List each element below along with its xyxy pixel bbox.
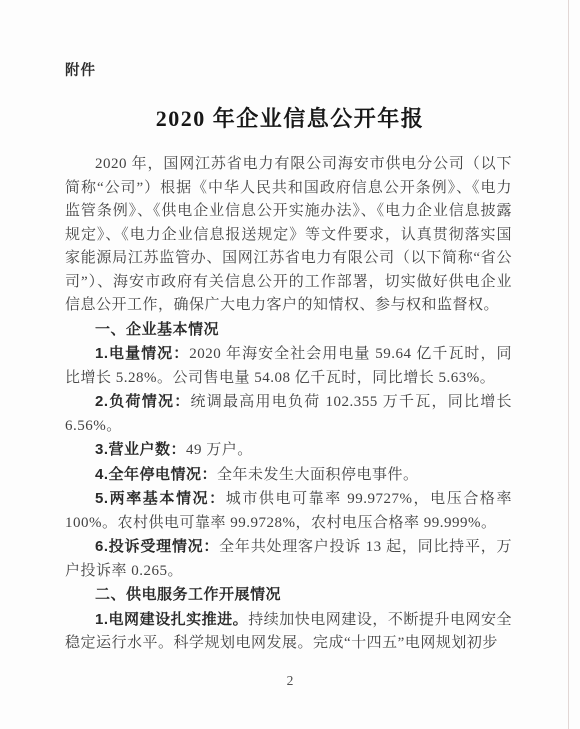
paragraph-lead-text: 5.两率基本情况：: [95, 490, 226, 507]
page-number: 2: [0, 673, 580, 689]
document-page: 附件 2020 年企业信息公开年报 2020 年，国网江苏省电力有限公司海安市供…: [0, 0, 580, 729]
paragraph: 6.投诉受理情况：全年共处理客户投诉 13 起，同比持平，万户投诉率 0.265…: [65, 535, 512, 583]
paragraph: 2.负荷情况：统调最高用电负荷 102.355 万千瓦，同比增长 6.56%。: [65, 390, 512, 438]
paragraph-text: 2020 年，国网江苏省电力有限公司海安市供电分公司（以下简称“公司”）根据《中…: [65, 156, 512, 313]
paragraph-lead-text: 3.营业户数：: [95, 441, 186, 458]
paragraph: 4.全年停电情况：全年未发生大面积停电事件。: [65, 463, 512, 488]
section-heading: 一、企业基本情况: [65, 318, 512, 343]
paragraph: 3.营业户数：49 万户。: [65, 438, 512, 463]
document-title: 2020 年企业信息公开年报: [0, 102, 580, 133]
paragraph: 1.电量情况：2020 年海安全社会用电量 59.64 亿千瓦时，同比增长 5.…: [65, 342, 512, 390]
paragraph-lead-text: 1.电网建设扎实推进。: [95, 611, 248, 628]
attachment-label: 附件: [65, 59, 96, 80]
paragraph: 1.电网建设扎实推进。持续加快电网建设，不断提升电网安全稳定运行水平。科学规划电…: [65, 608, 512, 656]
paragraph-lead-text: 2.负荷情况：: [95, 393, 191, 410]
paragraph-lead-text: 1.电量情况：: [95, 345, 189, 362]
document-body: 2020 年，国网江苏省电力有限公司海安市供电分公司（以下简称“公司”）根据《中…: [65, 153, 512, 656]
paragraph-lead-text: 6.投诉受理情况：: [95, 538, 219, 555]
paragraph-lead-text: 二、供电服务工作开展情况: [95, 586, 281, 603]
scan-edge-line: [568, 0, 569, 729]
paragraph-text: 全年未发生大面积停电事件。: [217, 467, 419, 483]
section-heading: 二、供电服务工作开展情况: [65, 583, 512, 608]
paragraph-lead-text: 4.全年停电情况：: [95, 466, 217, 483]
paragraph-text: 49 万户。: [186, 442, 253, 458]
paragraph-lead-text: 一、企业基本情况: [95, 321, 219, 338]
paragraph: 5.两率基本情况：城市供电可靠率 99.9727%，电压合格率 100%。农村供…: [65, 487, 512, 535]
paragraph: 2020 年，国网江苏省电力有限公司海安市供电分公司（以下简称“公司”）根据《中…: [65, 153, 512, 318]
